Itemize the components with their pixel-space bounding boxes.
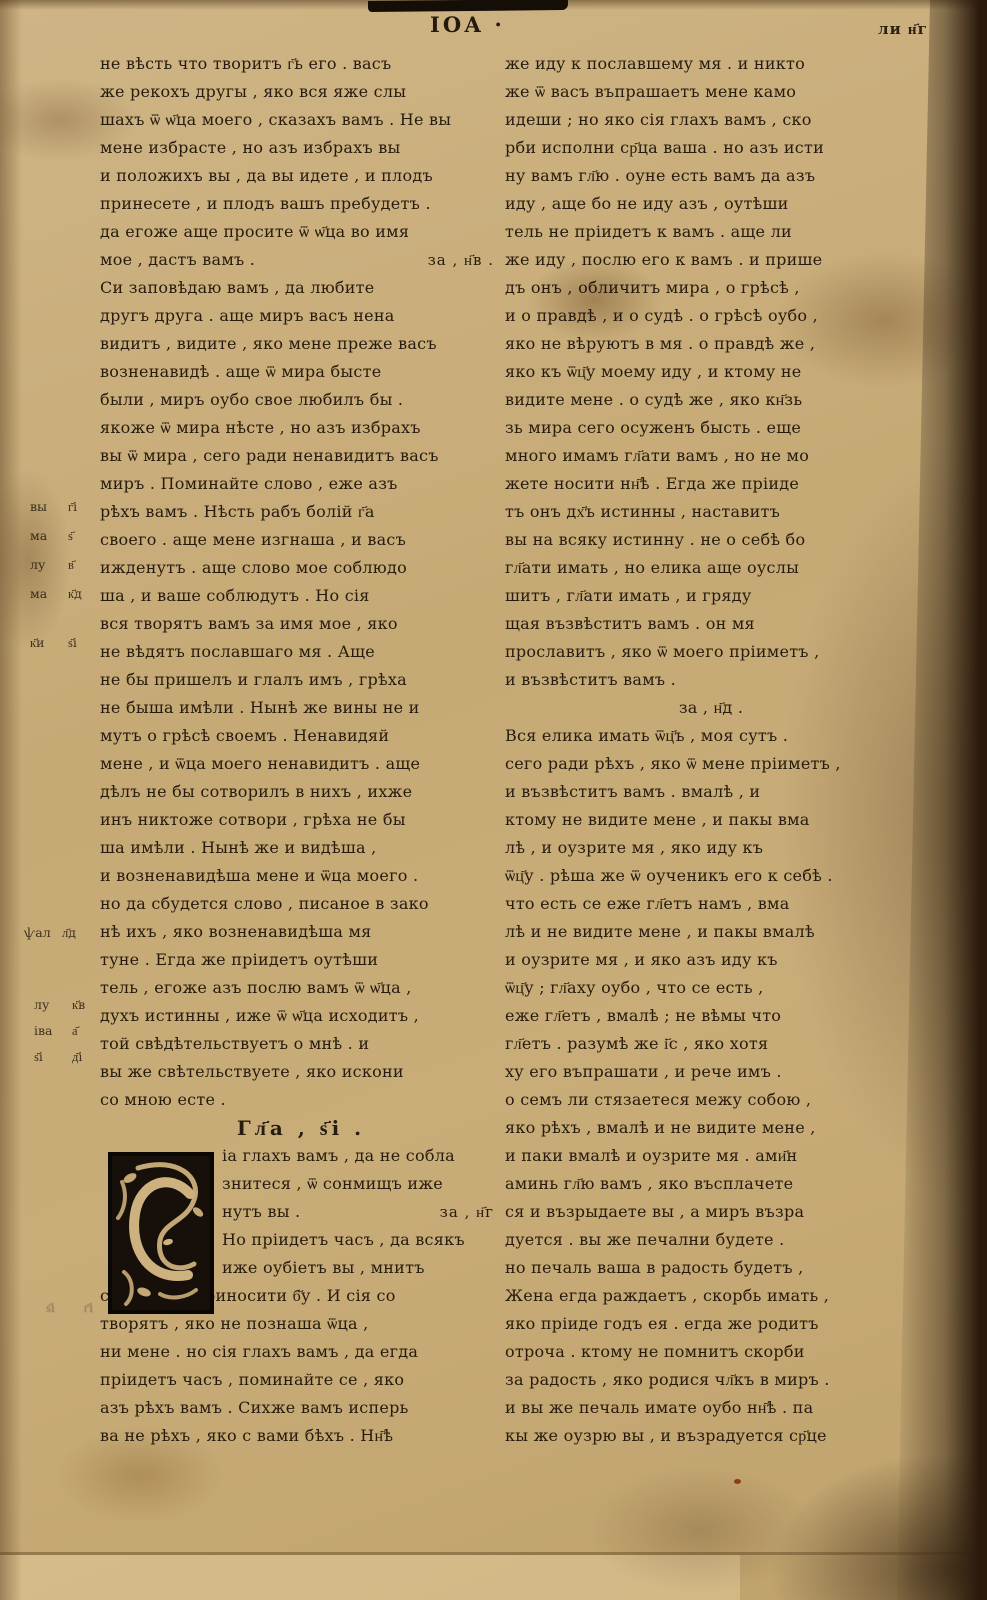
text-line: не вѣдятъ пославшаго мя . Аще — [100, 638, 502, 666]
text-line: зь мира сего осуженъ бысть . еще — [505, 414, 917, 442]
text-line: о семъ ли стязаетеся межу собою , — [505, 1086, 917, 1114]
text-line: иже оубіетъ вы , мнитъ — [222, 1254, 502, 1282]
line-text: много имамъ гл҃ати вамъ , но не мо — [505, 446, 809, 465]
text-line: возненавидѣ . аще ѿ мира бысте — [100, 358, 502, 386]
text-line: лѣ , и оузрите мя , яко иду къ — [505, 834, 917, 862]
text-line: ху его въпрашати , и рече имъ . — [505, 1058, 917, 1086]
line-text: но да сбудется слово , писаное в зако — [100, 894, 429, 913]
text-line: Си заповѣдаю вамъ , да любите — [100, 274, 502, 302]
text-line: но печаль ваша в радость будетъ , — [505, 1254, 917, 1282]
margin-note-cell: л҃д — [62, 918, 100, 947]
text-line: миръ . Поминайте слово , еже азъ — [100, 470, 502, 498]
text-line: другъ друга . аще миръ васъ нена — [100, 302, 502, 330]
text-line: знитеся , ѿ сонмищъ иже — [222, 1170, 502, 1198]
line-text: не вѣдятъ пославшаго мя . Аще — [100, 642, 375, 661]
line-text: другъ друга . аще миръ васъ нена — [100, 306, 395, 325]
line-text: отроча . ктому не помнитъ скорби — [505, 1342, 805, 1361]
text-line: той свѣдѣтельствуетъ о мнѣ . и — [100, 1030, 502, 1058]
text-line: и возненавидѣша мене и ѿца моего . — [100, 862, 502, 890]
margin-note-cell: а҃ — [72, 1018, 110, 1044]
line-text: рби исполни ср҃ца ваша . но азъ исти — [505, 138, 824, 157]
text-line: и положихъ вы , да вы идете , и плодъ — [100, 162, 502, 190]
line-text: Но пріидетъ часъ , да всякъ — [222, 1230, 465, 1249]
line-text: вся творятъ вамъ за имя мое , яко — [100, 614, 398, 633]
right-text-column: же иду к пославшему мя . и никтоже ѿ вас… — [505, 50, 917, 1450]
margin-note-cell: ма — [30, 579, 68, 608]
text-line: вся творятъ вамъ за имя мое , яко — [100, 610, 502, 638]
margin-note-cell: лу — [34, 992, 72, 1018]
text-line: іа глахъ вамъ , да не собла — [222, 1142, 502, 1170]
line-text: творятъ , яко не познаша ѿца , — [100, 1314, 369, 1333]
text-line: и оузрите мя , и яко азъ иду къ — [505, 946, 917, 974]
margin-notes-group-3: лук҃віваа҃ѕ҃ід҃і — [34, 992, 110, 1070]
text-line: вы же свѣтельствуете , яко искони — [100, 1058, 502, 1086]
text-line: Жена егда раждаетъ , скорбь имать , — [505, 1282, 917, 1310]
text-line: гл҃етъ . разумѣ же і҃с , яко хотя — [505, 1030, 917, 1058]
text-line: принесете , и плодъ вашъ пребудетъ . — [100, 190, 502, 218]
line-text: прославитъ , яко ѿ моего пріиметъ , — [505, 642, 819, 661]
line-text: ну вамъ гл҃ю . оуне есть вамъ да азъ — [505, 166, 815, 185]
line-text: же ѿ васъ въпрашаетъ мене камо — [505, 82, 796, 101]
line-text: и паки вмалѣ и оузрите мя . ами҃н — [505, 1146, 797, 1165]
line-text: вы на всяку истинну . не о себѣ бо — [505, 530, 805, 549]
line-text: ѿц҃у ; гл҃аху оубо , что се есть , — [505, 978, 764, 997]
text-line: вы на всяку истинну . не о себѣ бо — [505, 526, 917, 554]
line-text: миръ . Поминайте слово , еже азъ — [100, 474, 398, 493]
chapter-heading: Гл҃а , ѕ҃і . — [100, 1114, 502, 1142]
line-text: дъ онъ , обличитъ мира , о грѣсѣ , — [505, 278, 800, 297]
text-line: жете носити нн҃ѣ . Егда же пріиде — [505, 470, 917, 498]
line-text: щая възвѣститъ вамъ . он мя — [505, 614, 755, 633]
margin-note: к҃иѕ҃і — [30, 628, 106, 657]
line-text: тель , егоже азъ послю вамъ ѿ ѡ҃ца , — [100, 978, 412, 997]
book-page: ІОА · ли н҃г не вѣсть что творитъ г҃ь ег… — [0, 0, 987, 1600]
text-line: духъ истинны , иже ѿ ѡ҃ца исходитъ , — [100, 1002, 502, 1030]
text-line: кы же оузрю вы , и възрадуется ср҃це — [505, 1422, 917, 1450]
text-line: иду , аще бо не иду азъ , оутѣши — [505, 190, 917, 218]
text-line: идеши ; но яко сія глахъ вамъ , ско — [505, 106, 917, 134]
line-text: ва не рѣхъ , яко с вами бѣхъ . Нн҃ѣ — [100, 1426, 393, 1445]
top-edge-dark-mark — [368, 0, 568, 12]
line-text: ктому не видите мене , и пакы вма — [505, 810, 810, 829]
text-line: творятъ , яко не познаша ѿца , — [100, 1310, 502, 1338]
line-text: мене , и ѿца моего ненавидитъ . аще — [100, 754, 420, 773]
text-line: не вѣсть что творитъ г҃ь его . васъ — [100, 50, 502, 78]
line-text: іа глахъ вамъ , да не собла — [222, 1146, 455, 1165]
line-text: мене избрасте , но азъ избрахъ вы — [100, 138, 400, 157]
line-text: зь мира сего осуженъ бысть . еще — [505, 418, 801, 437]
zachalo-number: за , н҃в . — [428, 246, 494, 274]
text-line: якоже ѿ мира нѣсте , но азъ избрахъ — [100, 414, 502, 442]
margin-notes-group-2: ѱалл҃д — [24, 918, 100, 947]
text-line: были , миръ оубо свое любилъ бы . — [100, 386, 502, 414]
line-text: и оузрите мя , и яко азъ иду къ — [505, 950, 778, 969]
line-text: лѣ и не видите мене , и пакы вмалѣ — [505, 922, 815, 941]
text-line: шахъ ѿ ѡ҃ца моего , сказахъ вамъ . Не вы — [100, 106, 502, 134]
line-text: яко рѣхъ , вмалѣ и не видите мене , — [505, 1118, 816, 1137]
text-line: не бы пришелъ и глалъ имъ , грѣха — [100, 666, 502, 694]
line-text: со мною есте . — [100, 1090, 226, 1109]
line-text: не бы пришелъ и глалъ имъ , грѣха — [100, 670, 407, 689]
text-line: же ѿ васъ въпрашаетъ мене камо — [505, 78, 917, 106]
text-line: шитъ , гл҃ати имать , и гряду — [505, 582, 917, 610]
line-text: вы же свѣтельствуете , яко искони — [100, 1062, 404, 1081]
text-line: и възвѣститъ вамъ . вмалѣ , и — [505, 778, 917, 806]
text-line: своего . аще мене изгнаша , и васъ — [100, 526, 502, 554]
text-line: отроча . ктому не помнитъ скорби — [505, 1338, 917, 1366]
text-line: ся и възрыдаете вы , а миръ възра — [505, 1198, 917, 1226]
text-line: инъ никтоже сотвори , грѣха не бы — [100, 806, 502, 834]
text-line: лѣ и не видите мене , и пакы вмалѣ — [505, 918, 917, 946]
zachalo-number: за , н҃г — [440, 1198, 494, 1226]
text-line: ва не рѣхъ , яко с вами бѣхъ . Нн҃ѣ — [100, 1422, 502, 1450]
line-text: рѣхъ вамъ . Нѣсть рабъ болій г҃а — [100, 502, 375, 521]
text-line: ну вамъ гл҃ю . оуне есть вамъ да азъ — [505, 162, 917, 190]
text-line: мене , и ѿца моего ненавидитъ . аще — [100, 750, 502, 778]
line-text: Гл҃а , ѕ҃і . — [237, 1116, 365, 1140]
margin-note-cell: ѕ҃і — [46, 1293, 84, 1322]
text-line: ни мене . но сія глахъ вамъ , да егда — [100, 1338, 502, 1366]
line-text: видитъ , видите , яко мене преже васъ — [100, 334, 437, 353]
text-line: прославитъ , яко ѿ моего пріиметъ , — [505, 638, 917, 666]
text-line: туне . Егда же пріидетъ оутѣши — [100, 946, 502, 974]
text-line: гл҃ати имать , но елика аще оуслы — [505, 554, 917, 582]
text-line: яко не вѣруютъ в мя . о правдѣ же , — [505, 330, 917, 358]
line-text: же иду , послю его к вамъ . и прише — [505, 250, 822, 269]
line-text: ни мене . но сія глахъ вамъ , да егда — [100, 1342, 418, 1361]
text-line: азъ рѣхъ вамъ . Сихже вамъ исперь — [100, 1394, 502, 1422]
page-bottom-edge — [0, 1555, 740, 1600]
line-text: духъ истинны , иже ѿ ѡ҃ца исходитъ , — [100, 1006, 419, 1025]
text-line: ша , и ваше соблюдутъ . Но сія — [100, 582, 502, 610]
line-text: и възвѣститъ вамъ . — [505, 670, 676, 689]
line-text: еже гл҃етъ , вмалѣ ; не вѣмы что — [505, 1006, 781, 1025]
left-page-edge-shadow — [0, 0, 22, 1600]
text-line: аминь гл҃ю вамъ , яко въсплачете — [505, 1170, 917, 1198]
line-text: и вы же печаль имате оубо нн҃ѣ . па — [505, 1398, 813, 1417]
line-text: тъ онъ дх҃ъ истинны , наставитъ — [505, 502, 780, 521]
line-text: мое , дастъ вамъ . — [100, 246, 255, 274]
text-line: нутъ вы .за , н҃г — [222, 1198, 502, 1226]
margin-note-cell: г҃і — [68, 492, 106, 521]
line-text: дуется . вы же печални будете . — [505, 1230, 784, 1249]
bottom-crease-line — [0, 1552, 987, 1555]
text-line: яко пріиде годъ ея . егда же родитъ — [505, 1310, 917, 1338]
line-text: жете носити нн҃ѣ . Егда же пріиде — [505, 474, 799, 493]
line-text: ша имѣли . Нынѣ же и видѣша , — [100, 838, 376, 857]
text-line: же рекохъ другы , яко вся яже слы — [100, 78, 502, 106]
line-text: яко пріиде годъ ея . егда же родитъ — [505, 1314, 819, 1333]
text-line: нѣ ихъ , яко возненавидѣша мя — [100, 918, 502, 946]
line-text: шитъ , гл҃ати имать , и гряду — [505, 586, 752, 605]
line-text: же рекохъ другы , яко вся яже слы — [100, 82, 406, 101]
text-line: ѿц҃у . рѣша же ѿ оученикъ его к себѣ . — [505, 862, 917, 890]
line-text: возненавидѣ . аще ѿ мира бысте — [100, 362, 381, 381]
margin-notes-group-1: выг҃імаѕ҃лув҃мак҃дк҃иѕ҃і — [30, 492, 106, 657]
line-text: и о правдѣ , и о судѣ . о грѣсѣ оубо , — [505, 306, 818, 325]
margin-note-cell: ѱал — [24, 918, 62, 947]
line-text: своего . аще мене изгнаша , и васъ — [100, 530, 406, 549]
text-line: мутъ о грѣсѣ своемъ . Ненавидяй — [100, 722, 502, 750]
text-line: тъ онъ дх҃ъ истинны , наставитъ — [505, 498, 917, 526]
text-line: со мною есте . — [100, 1086, 502, 1114]
text-line: да егоже аще просите ѿ ѡ҃ца во имя — [100, 218, 502, 246]
text-line: пріидетъ часъ , поминайте се , яко — [100, 1366, 502, 1394]
text-line: за радость , яко родися чл҃къ в миръ . — [505, 1366, 917, 1394]
line-text: но печаль ваша в радость будетъ , — [505, 1258, 803, 1277]
line-text: нѣ ихъ , яко возненавидѣша мя — [100, 922, 372, 941]
margin-note: лук҃в — [34, 992, 110, 1018]
line-text: Вся елика имать ѿц҃ъ , моя сутъ . — [505, 726, 788, 745]
line-text: кы же оузрю вы , и възрадуется ср҃це — [505, 1426, 827, 1445]
line-text: и възвѣститъ вамъ . вмалѣ , и — [505, 782, 760, 801]
line-text: ху его въпрашати , и рече имъ . — [505, 1062, 782, 1081]
line-text: видите мене . о судѣ же , яко кн҃зь — [505, 390, 802, 409]
margin-note: лув҃ — [30, 550, 106, 579]
line-text: яко не вѣруютъ в мя . о правдѣ же , — [505, 334, 815, 353]
text-line: и паки вмалѣ и оузрите мя . ами҃н — [505, 1142, 917, 1170]
line-text: вы ѿ мира , сего ради ненавидитъ васъ — [100, 446, 439, 465]
text-line: Вся елика имать ѿц҃ъ , моя сутъ . — [505, 722, 917, 750]
text-line: не быша имѣли . Нынѣ же вины не и — [100, 694, 502, 722]
text-line: рѣхъ вамъ . Нѣсть рабъ болій г҃а — [100, 498, 502, 526]
margin-note-cell: в҃ — [68, 550, 106, 579]
text-line: дѣлъ не бы сотворилъ в нихъ , ихже — [100, 778, 502, 806]
text-line: видите мене . о судѣ же , яко кн҃зь — [505, 386, 917, 414]
margin-note-cell: к҃д — [68, 579, 106, 608]
line-text: мутъ о грѣсѣ своемъ . Ненавидяй — [100, 726, 389, 745]
margin-note-cell: ѕ҃і — [68, 628, 106, 657]
margin-note: ѱалл҃д — [24, 918, 100, 947]
text-line: и възвѣститъ вамъ . — [505, 666, 917, 694]
text-line: ктому не видите мене , и пакы вма — [505, 806, 917, 834]
line-text: нутъ вы . — [222, 1198, 300, 1226]
decorated-initial-icon — [108, 1152, 214, 1314]
line-text: знитеся , ѿ сонмищъ иже — [222, 1174, 443, 1193]
margin-note: мак҃д — [30, 579, 106, 608]
line-text: были , миръ оубо свое любилъ бы . — [100, 390, 403, 409]
text-line: и вы же печаль имате оубо нн҃ѣ . па — [505, 1394, 917, 1422]
margin-note-cell: лу — [30, 550, 68, 579]
margin-note-cell: ма — [30, 521, 68, 550]
margin-note: маѕ҃ — [30, 521, 106, 550]
margin-note-cell: к҃и — [30, 628, 68, 657]
margin-note-cell: вы — [30, 492, 68, 521]
text-line: же иду к пославшему мя . и никто — [505, 50, 917, 78]
margin-note-cell: ѕ҃ — [68, 521, 106, 550]
line-text: не быша имѣли . Нынѣ же вины не и — [100, 698, 420, 717]
line-text: что есть се еже гл҃етъ намъ , вма — [505, 894, 790, 913]
text-line: что есть се еже гл҃етъ намъ , вма — [505, 890, 917, 918]
line-text: о семъ ли стязаетеся межу собою , — [505, 1090, 811, 1109]
line-text: ся и възрыдаете вы , а миръ възра — [505, 1202, 804, 1221]
text-line: дъ онъ , обличитъ мира , о грѣсѣ , — [505, 274, 917, 302]
line-text: иду , аще бо не иду азъ , оутѣши — [505, 194, 789, 213]
text-line: вы ѿ мира , сего ради ненавидитъ васъ — [100, 442, 502, 470]
text-line: видитъ , видите , яко мене преже васъ — [100, 330, 502, 358]
text-line: много имамъ гл҃ати вамъ , но не мо — [505, 442, 917, 470]
line-text: и возненавидѣша мене и ѿца моего . — [100, 866, 418, 885]
line-text: Си заповѣдаю вамъ , да любите — [100, 278, 374, 297]
text-line: за , н҃д . — [505, 694, 917, 722]
margin-note-cell: ѕ҃і — [34, 1044, 72, 1070]
text-line: еже гл҃етъ , вмалѣ ; не вѣмы что — [505, 1002, 917, 1030]
line-text: дѣлъ не бы сотворилъ в нихъ , ихже — [100, 782, 412, 801]
text-line: яко къ ѿц҃у моему иду , и ктому не — [505, 358, 917, 386]
line-text: да егоже аще просите ѿ ѡ҃ца во имя — [100, 222, 409, 241]
text-line: ижденутъ . аще слово мое соблюдо — [100, 554, 502, 582]
line-text: туне . Егда же пріидетъ оутѣши — [100, 950, 378, 969]
line-text: той свѣдѣтельствуетъ о мнѣ . и — [100, 1034, 369, 1053]
line-text: аминь гл҃ю вамъ , яко въсплачете — [505, 1174, 793, 1193]
line-text: принесете , и плодъ вашъ пребудетъ . — [100, 194, 431, 213]
line-text: инъ никтоже сотвори , грѣха не бы — [100, 810, 406, 829]
text-line: тель не пріидетъ к вамъ . аще ли — [505, 218, 917, 246]
text-line: но да сбудется слово , писаное в зако — [100, 890, 502, 918]
text-line: ша имѣли . Нынѣ же и видѣша , — [100, 834, 502, 862]
line-text: за радость , яко родися чл҃къ в миръ . — [505, 1370, 830, 1389]
line-text: шахъ ѿ ѡ҃ца моего , сказахъ вамъ . Не вы — [100, 110, 451, 129]
text-line: мое , дастъ вамъ .за , н҃в . — [100, 246, 502, 274]
line-text: гл҃етъ . разумѣ же і҃с , яко хотя — [505, 1034, 768, 1053]
text-line: сего ради рѣхъ , яко ѿ мене пріиметъ , — [505, 750, 917, 778]
line-text: лѣ , и оузрите мя , яко иду къ — [505, 838, 763, 857]
line-text: не вѣсть что творитъ г҃ь его . васъ — [100, 54, 391, 73]
text-line: и о правдѣ , и о судѣ . о грѣсѣ оубо , — [505, 302, 917, 330]
line-text: Жена егда раждаетъ , скорбь имать , — [505, 1286, 829, 1305]
line-text: же иду к пославшему мя . и никто — [505, 54, 805, 73]
line-text: якоже ѿ мира нѣсте , но азъ избрахъ — [100, 418, 421, 437]
text-line: Но пріидетъ часъ , да всякъ — [222, 1226, 502, 1254]
line-text: гл҃ати имать , но елика аще оуслы — [505, 558, 799, 577]
text-line: тель , егоже азъ послю вамъ ѿ ѡ҃ца , — [100, 974, 502, 1002]
margin-note: іваа҃ — [34, 1018, 110, 1044]
line-text: азъ рѣхъ вамъ . Сихже вамъ исперь — [100, 1398, 409, 1417]
margin-note: выг҃і — [30, 492, 106, 521]
text-line: мене избрасте , но азъ избрахъ вы — [100, 134, 502, 162]
text-line: ѿц҃у ; гл҃аху оубо , что се есть , — [505, 974, 917, 1002]
text-line: рби исполни ср҃ца ваша . но азъ исти — [505, 134, 917, 162]
ink-speck — [734, 1479, 741, 1484]
text-line: дуется . вы же печални будете . — [505, 1226, 917, 1254]
line-text: ѿц҃у . рѣша же ѿ оученикъ его к себѣ . — [505, 866, 833, 885]
folio-number: ли н҃г — [878, 20, 928, 39]
line-text: и положихъ вы , да вы идете , и плодъ — [100, 166, 433, 185]
line-text: иже оубіетъ вы , мнитъ — [222, 1258, 425, 1277]
margin-note-cell: к҃в — [72, 992, 110, 1018]
line-text: идеши ; но яко сія глахъ вамъ , ско — [505, 110, 812, 129]
text-line: щая възвѣститъ вамъ . он мя — [505, 610, 917, 638]
line-text: сего ради рѣхъ , яко ѿ мене пріиметъ , — [505, 754, 841, 773]
line-text: ша , и ваше соблюдутъ . Но сія — [100, 586, 370, 605]
margin-note-cell: іва — [34, 1018, 72, 1044]
margin-note: ѕ҃ід҃і — [34, 1044, 110, 1070]
line-text: яко къ ѿц҃у моему иду , и ктому не — [505, 362, 802, 381]
margin-note-cell: д҃і — [72, 1044, 110, 1070]
text-line: яко рѣхъ , вмалѣ и не видите мене , — [505, 1114, 917, 1142]
text-line: же иду , послю его к вамъ . и прише — [505, 246, 917, 274]
line-text: за , н҃д . — [679, 698, 743, 717]
running-title: ІОА · — [430, 12, 505, 37]
line-text: тель не пріидетъ к вамъ . аще ли — [505, 222, 792, 241]
line-text: ижденутъ . аще слово мое соблюдо — [100, 558, 407, 577]
line-text: пріидетъ часъ , поминайте се , яко — [100, 1370, 404, 1389]
